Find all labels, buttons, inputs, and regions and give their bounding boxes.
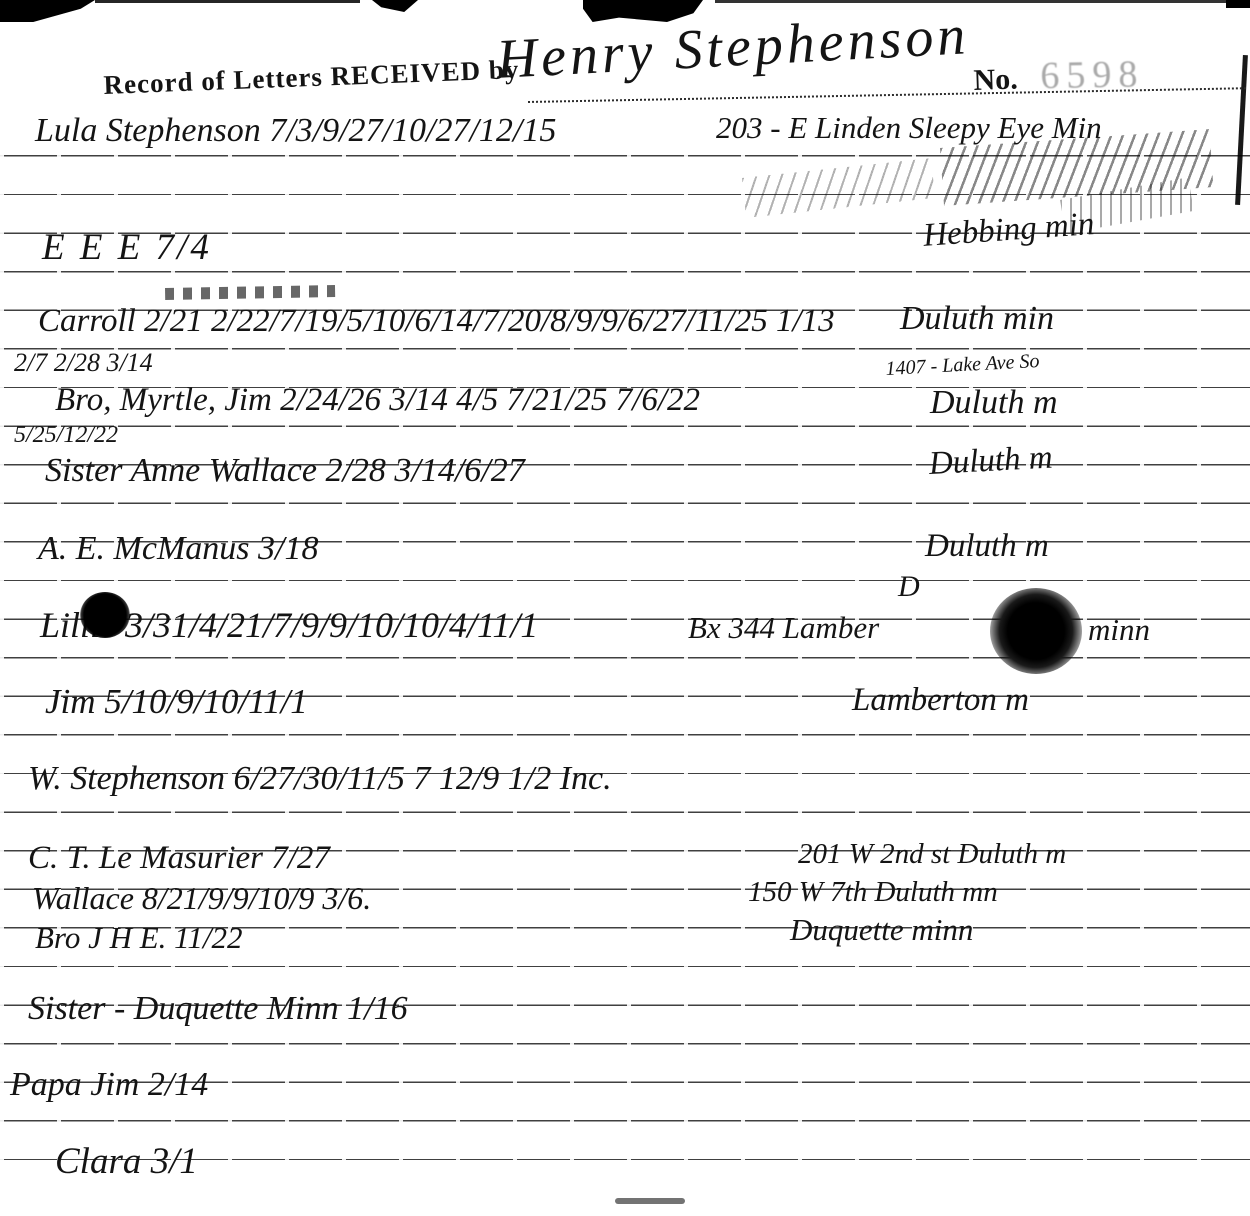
entry-address: minn: [1088, 612, 1150, 648]
torn-edge: [372, 0, 418, 12]
entry-name-dates: Sister Anne Wallace 2/28 3/14/6/27: [45, 452, 525, 490]
torn-edge: [95, 0, 360, 3]
entry-address: 203 - E Linden Sleepy Eye Min: [716, 110, 1102, 146]
entry-address: Duluth min: [900, 300, 1054, 338]
entry-address: Lamberton m: [852, 682, 1029, 719]
entry-name-dates: Jim 5/10/9/10/11/1: [45, 682, 308, 722]
entry-address: 201 W 2nd st Duluth m: [798, 838, 1066, 871]
entry-address: Bx 344 Lamber: [688, 610, 879, 646]
entry-name-dates: Lula Stephenson 7/3/9/27/10/27/12/15: [35, 112, 556, 150]
entry-address: Duluth m: [930, 384, 1058, 422]
ink-blot-small: [80, 592, 130, 638]
entry-address: Duquette minn: [790, 912, 973, 948]
torn-edge: [715, 0, 1235, 3]
form-title: Record of Letters RECEIVED by: [103, 54, 520, 101]
entry-address: Duluth m: [925, 528, 1049, 565]
entry-name-dates: Sister - Duquette Minn 1/16: [28, 990, 408, 1028]
torn-edge: [615, 1198, 685, 1204]
entry-name-dates: Carroll 2/21 2/22/7/19/5/10/6/14/7/20/8/…: [38, 303, 835, 340]
entry-name-dates: W. Stephenson 6/27/30/11/5 7 12/9 1/2 In…: [28, 760, 612, 798]
entry-name-dates: Bro, Myrtle, Jim 2/24/26 3/14 4/5 7/21/2…: [55, 382, 700, 419]
continuation-dates: 5/25/12/22: [14, 422, 118, 449]
number-value-stamp: 6598: [1040, 52, 1145, 98]
entry-name-dates: Papa Jim 2/14: [10, 1066, 208, 1104]
recipient-name-handwritten: Henry Stephenson: [495, 3, 971, 92]
entry-name-dates: Clara 3/1: [55, 1140, 198, 1183]
annotation-letter: D: [898, 570, 920, 604]
entry-name-dates: Bro J H E. 11/22: [35, 920, 243, 956]
scanned-document-page: Record of Letters RECEIVED by Henry Step…: [0, 0, 1250, 1216]
entry-address: Duluth m: [928, 440, 1054, 483]
torn-edge: [1226, 0, 1250, 8]
entry-name-dates: Wallace 8/21/9/9/10/9 3/6.: [32, 880, 371, 917]
ink-blot-large: [990, 588, 1082, 674]
number-label: No.: [973, 62, 1018, 98]
entry-name-dates: E E E 7/4: [42, 226, 212, 269]
continuation-dates: 2/7 2/28 3/14: [14, 348, 153, 378]
torn-edge: [0, 0, 95, 22]
entry-name-dates: C. T. Le Masurier 7/27: [28, 840, 330, 877]
entry-address: 150 W 7th Duluth mn: [748, 876, 998, 909]
entry-name-dates: A. E. McManus 3/18: [38, 530, 318, 568]
